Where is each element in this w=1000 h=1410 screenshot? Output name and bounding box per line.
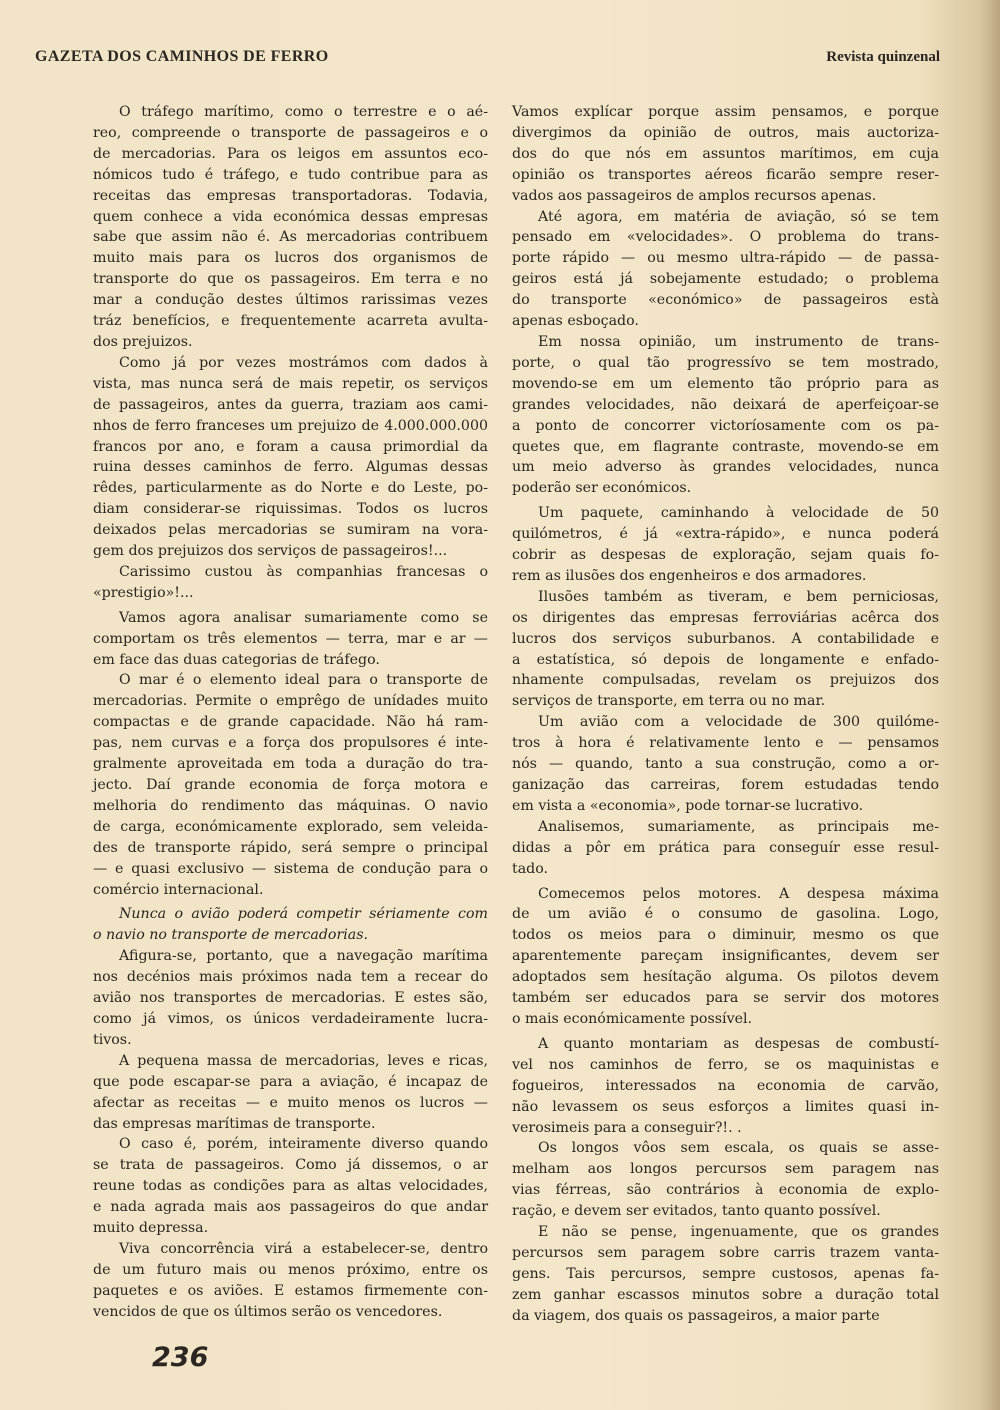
- running-header: GAZETA DOS CAMINHOS DE FERRO Revista qui…: [35, 48, 940, 66]
- text-line: reune todas as condições para as altas v…: [93, 1176, 488, 1197]
- paragraph: E não se pense, ingenuamente, que os gra…: [512, 1222, 939, 1327]
- text-line: francos por ano, e foram a causa primord…: [93, 437, 488, 458]
- text-line: e nada agrada mais aos passageiros do qu…: [93, 1197, 488, 1218]
- text-line: tráz benefícios, e frequentemente acarre…: [93, 311, 488, 332]
- publication-subtitle: Revista quinzenal: [826, 49, 940, 66]
- text-line: mar a condução destes últimos rarissimas…: [93, 290, 488, 311]
- text-line: do transporte «económico» de passageiros…: [512, 290, 939, 311]
- text-line: fogueiros, interessados na economia de c…: [512, 1076, 939, 1097]
- text-line: vencidos de que os últimos serão os venc…: [93, 1302, 488, 1323]
- text-line: «prestigio»!...: [93, 583, 488, 604]
- text-line: ração, e devem ser evitados, tanto quant…: [512, 1201, 939, 1222]
- publication-title: GAZETA DOS CAMINHOS DE FERRO: [35, 48, 329, 66]
- text-line: grandes velocidades, não deixará de aper…: [512, 395, 939, 416]
- text-line: comportam os três elementos — terra, mar…: [93, 629, 488, 650]
- text-line: a ponto de concorrer victoríosamente com…: [512, 416, 939, 437]
- text-line: poderão ser económicos.: [512, 478, 939, 499]
- text-line: gem dos prejuizos dos serviços de passag…: [93, 541, 488, 562]
- text-line: Comecemos pelos motores. A despesa máxim…: [512, 884, 939, 905]
- text-line: Vamos agora analisar sumariamente como s…: [93, 608, 488, 629]
- paragraph: Vamos explícar porque assim pensamos, e …: [512, 102, 939, 207]
- page-number: 236: [152, 1342, 208, 1373]
- text-line: apenas esboçado.: [512, 311, 939, 332]
- text-line: como já vimos, os únicos verdadeiramente…: [93, 1009, 488, 1030]
- text-line: E não se pense, ingenuamente, que os gra…: [512, 1222, 939, 1243]
- paragraph: O mar é o elemento ideal para o transpor…: [93, 670, 488, 900]
- paragraph: O tráfego marítimo, como o terrestre e o…: [93, 102, 488, 353]
- text-line: O tráfego marítimo, como o terrestre e o…: [93, 102, 488, 123]
- text-line: movendo-se em um elemento tão próprio pa…: [512, 374, 939, 395]
- text-line: Um avião com a velocidade de 300 quilóme…: [512, 712, 939, 733]
- text-line: quem conhece a vida económica dessas emp…: [93, 207, 488, 228]
- paragraph: Afigura-se, portanto, que a navegação ma…: [93, 946, 488, 1051]
- text-line: reo, compreende o transporte de passagei…: [93, 123, 488, 144]
- text-line: divergimos da opinião de outros, mais au…: [512, 123, 939, 144]
- text-line: vados aos passageiros de amplos recursos…: [512, 186, 939, 207]
- text-line: das empresas marítimas de transporte.: [93, 1114, 488, 1135]
- text-line: de um avião é o consumo de gasolina. Log…: [512, 904, 939, 925]
- text-line: vias férreas, são contrários à economia …: [512, 1180, 939, 1201]
- text-line: didas a pôr em prática para conseguír es…: [512, 838, 939, 859]
- paragraph: Em nossa opinião, um instrumento de tran…: [512, 332, 939, 499]
- text-line: deixados pelas mercadorias se sumiram na…: [93, 520, 488, 541]
- text-line: A quanto montariam as despesas de combus…: [512, 1034, 939, 1055]
- text-line: comércio internacional.: [93, 880, 488, 901]
- text-line: nos decénios mais próximos nada tem a re…: [93, 967, 488, 988]
- text-line: vel nos caminhos de ferro, se os maquini…: [512, 1055, 939, 1076]
- paragraph: Um paquete, caminhando à velocidade de 5…: [512, 503, 939, 587]
- paragraph: Como já por vezes mostrámos com dados àv…: [93, 353, 488, 562]
- paragraph: Os longos vôos sem escala, os quais se a…: [512, 1138, 939, 1222]
- right-text-column: Vamos explícar porque assim pensamos, e …: [512, 102, 939, 1327]
- text-line: zem ganhar escassos minutos sobre a dura…: [512, 1285, 939, 1306]
- text-line: de carga, económicamente explorado, sem …: [93, 817, 488, 838]
- text-line: que pode escapar-se para a aviação, é in…: [93, 1072, 488, 1093]
- text-line: muito depressa.: [93, 1218, 488, 1239]
- text-line: nós — quando, tanto a sua construção, co…: [512, 754, 939, 775]
- text-line: o mais económicamente possível.: [512, 1009, 939, 1030]
- text-line: lucros dos serviços suburbanos. A contab…: [512, 629, 939, 650]
- paragraph: Vamos agora analisar sumariamente como s…: [93, 608, 488, 671]
- text-line: O mar é o elemento ideal para o transpor…: [93, 670, 488, 691]
- text-line: rem as ilusões dos engenheiros e dos arm…: [512, 566, 939, 587]
- text-line: nómicos tudo é tráfego, e tudo contribue…: [93, 165, 488, 186]
- text-line: de um futuro mais ou menos próximo, entr…: [93, 1260, 488, 1281]
- text-line: em face das duas categorias de tráfego.: [93, 650, 488, 671]
- text-line: transporte do que os passageiros. Em ter…: [93, 269, 488, 290]
- text-line: ganização das carreiras, forem estudadas…: [512, 775, 939, 796]
- text-line: os dirigentes das empresas ferroviárias …: [512, 608, 939, 629]
- text-line: afectar as receitas — e muito menos os l…: [93, 1093, 488, 1114]
- text-line: adoptados sem hesítação alguma. Os pilot…: [512, 967, 939, 988]
- text-line: um meio adverso às grandes velocidades, …: [512, 457, 939, 478]
- text-line: melham aos longos percursos sem paragem …: [512, 1159, 939, 1180]
- text-line: Como já por vezes mostrámos com dados à: [93, 353, 488, 374]
- text-line: percursos sem paragem sobre carris traze…: [512, 1243, 939, 1264]
- text-line: des de transporte rápido, será sempre o …: [93, 838, 488, 859]
- text-line: diam considerar-se riquissimas. Todos os…: [93, 499, 488, 520]
- text-line: Carissimo custou às companhias francesas…: [93, 562, 488, 583]
- paragraph: Viva concorrência virá a estabelecer-se,…: [93, 1239, 488, 1323]
- text-line: A pequena massa de mercadorias, leves e …: [93, 1051, 488, 1072]
- text-line: Nunca o avião poderá competir sériamente…: [93, 904, 488, 925]
- text-line: porte rápido — ou mesmo ultra-rápido — d…: [512, 248, 939, 269]
- paragraph: A quanto montariam as despesas de combus…: [512, 1034, 939, 1139]
- text-line: porte, o qual tão progressívo se tem mos…: [512, 353, 939, 374]
- text-line: em vista a «economia», pode tornar-se lu…: [512, 796, 939, 817]
- text-line: nhamente compulsadas, revelam os prejuiz…: [512, 670, 939, 691]
- text-line: melhoria do rendimento das máquinas. O n…: [93, 796, 488, 817]
- text-line: da viagem, dos quais os passageiros, a m…: [512, 1306, 939, 1327]
- text-line: ruina desses caminhos de ferro. Algumas …: [93, 457, 488, 478]
- text-line: quetes que, em flagrante contraste, move…: [512, 437, 939, 458]
- text-line: rêdes, particularmente as do Norte e do …: [93, 478, 488, 499]
- paragraph: Carissimo custou às companhias francesas…: [93, 562, 488, 604]
- text-line: Viva concorrência virá a estabelecer-se,…: [93, 1239, 488, 1260]
- text-line: tros à hora é relativamente lento e — pe…: [512, 733, 939, 754]
- paragraph: Ilusões também as tiveram, e bem pernici…: [512, 587, 939, 712]
- text-line: também ser educados para se servir dos m…: [512, 988, 939, 1009]
- text-line: Analisemos, sumariamente, as principais …: [512, 817, 939, 838]
- text-line: cobrir as despesas de exploração, sejam …: [512, 545, 939, 566]
- text-line: não levassem os seus esforços a limites …: [512, 1097, 939, 1118]
- text-line: aparentemente pareçam insignificantes, d…: [512, 946, 939, 967]
- text-line: tado.: [512, 859, 939, 880]
- text-line: gens. Tais percursos, sempre custosos, a…: [512, 1264, 939, 1285]
- text-line: Vamos explícar porque assim pensamos, e …: [512, 102, 939, 123]
- text-line: sabe que assim não é. As mercadorias con…: [93, 227, 488, 248]
- text-line: — e quasi exclusivo — sistema de conduçã…: [93, 859, 488, 880]
- text-line: pensado em «velocidades». O problema do …: [512, 227, 939, 248]
- text-line: dos prejuizos.: [93, 332, 488, 353]
- text-line: tivos.: [93, 1030, 488, 1051]
- text-line: avião nos transportes de mercadorias. E …: [93, 988, 488, 1009]
- text-line: Um paquete, caminhando à velocidade de 5…: [512, 503, 939, 524]
- paragraph: Nunca o avião poderá competir sériamente…: [93, 904, 488, 946]
- paragraph: O caso é, porém, inteiramente diverso qu…: [93, 1134, 488, 1239]
- paragraph: A pequena massa de mercadorias, leves e …: [93, 1051, 488, 1135]
- text-line: nhos de ferro franceses um prejuizo de 4…: [93, 416, 488, 437]
- text-line: dos do que nós em assuntos marítimos, em…: [512, 144, 939, 165]
- text-line: todos os meios para o diminuir, mesmo os…: [512, 925, 939, 946]
- text-line: quilómetros, é já «extra-rápido», e nunc…: [512, 524, 939, 545]
- paragraph: Até agora, em matéria de aviação, só se …: [512, 207, 939, 332]
- text-line: gralmente aproveitada em toda a duração …: [93, 754, 488, 775]
- text-line: Até agora, em matéria de aviação, só se …: [512, 207, 939, 228]
- left-text-column: O tráfego marítimo, como o terrestre e o…: [93, 102, 488, 1323]
- text-line: mercadorias. Permite o emprêgo de unídad…: [93, 691, 488, 712]
- paragraph: Um avião com a velocidade de 300 quilóme…: [512, 712, 939, 817]
- text-line: paquetes e os aviões. E estamos firmemen…: [93, 1281, 488, 1302]
- text-line: pas, nem curvas e a força dos propulsore…: [93, 733, 488, 754]
- text-line: geiros está já sobejamente estudado; o p…: [512, 269, 939, 290]
- text-line: muito mais para os lucros dos organismos…: [93, 248, 488, 269]
- text-line: de passageiros, antes da guerra, traziam…: [93, 395, 488, 416]
- text-line: o navio no transporte de mercadorias.: [93, 925, 488, 946]
- text-line: verosimeis para a conseguir?!. .: [512, 1118, 939, 1139]
- paragraph: Analisemos, sumariamente, as principais …: [512, 817, 939, 880]
- text-line: serviços de transporte, em terra ou no m…: [512, 691, 939, 712]
- text-line: jecto. Daí grande economia de força moto…: [93, 775, 488, 796]
- text-line: de mercadorias. Para os leigos em assunt…: [93, 144, 488, 165]
- text-line: se trata de passageiros. Como já dissemo…: [93, 1155, 488, 1176]
- text-line: receitas das empresas transportadoras. T…: [93, 186, 488, 207]
- magazine-page: GAZETA DOS CAMINHOS DE FERRO Revista qui…: [0, 0, 1000, 1410]
- text-line: compactas e de grande capacidade. Não há…: [93, 712, 488, 733]
- text-line: vista, mas nunca será de mais repetir, o…: [93, 374, 488, 395]
- paragraph: Comecemos pelos motores. A despesa máxim…: [512, 884, 939, 1030]
- text-line: a estatística, só depois de longamente e…: [512, 650, 939, 671]
- text-line: O caso é, porém, inteiramente diverso qu…: [93, 1134, 488, 1155]
- text-line: Os longos vôos sem escala, os quais se a…: [512, 1138, 939, 1159]
- text-line: Em nossa opinião, um instrumento de tran…: [512, 332, 939, 353]
- text-line: Afigura-se, portanto, que a navegação ma…: [93, 946, 488, 967]
- text-line: opinião os transportes aéreos ficarão se…: [512, 165, 939, 186]
- text-line: Ilusões também as tiveram, e bem pernici…: [512, 587, 939, 608]
